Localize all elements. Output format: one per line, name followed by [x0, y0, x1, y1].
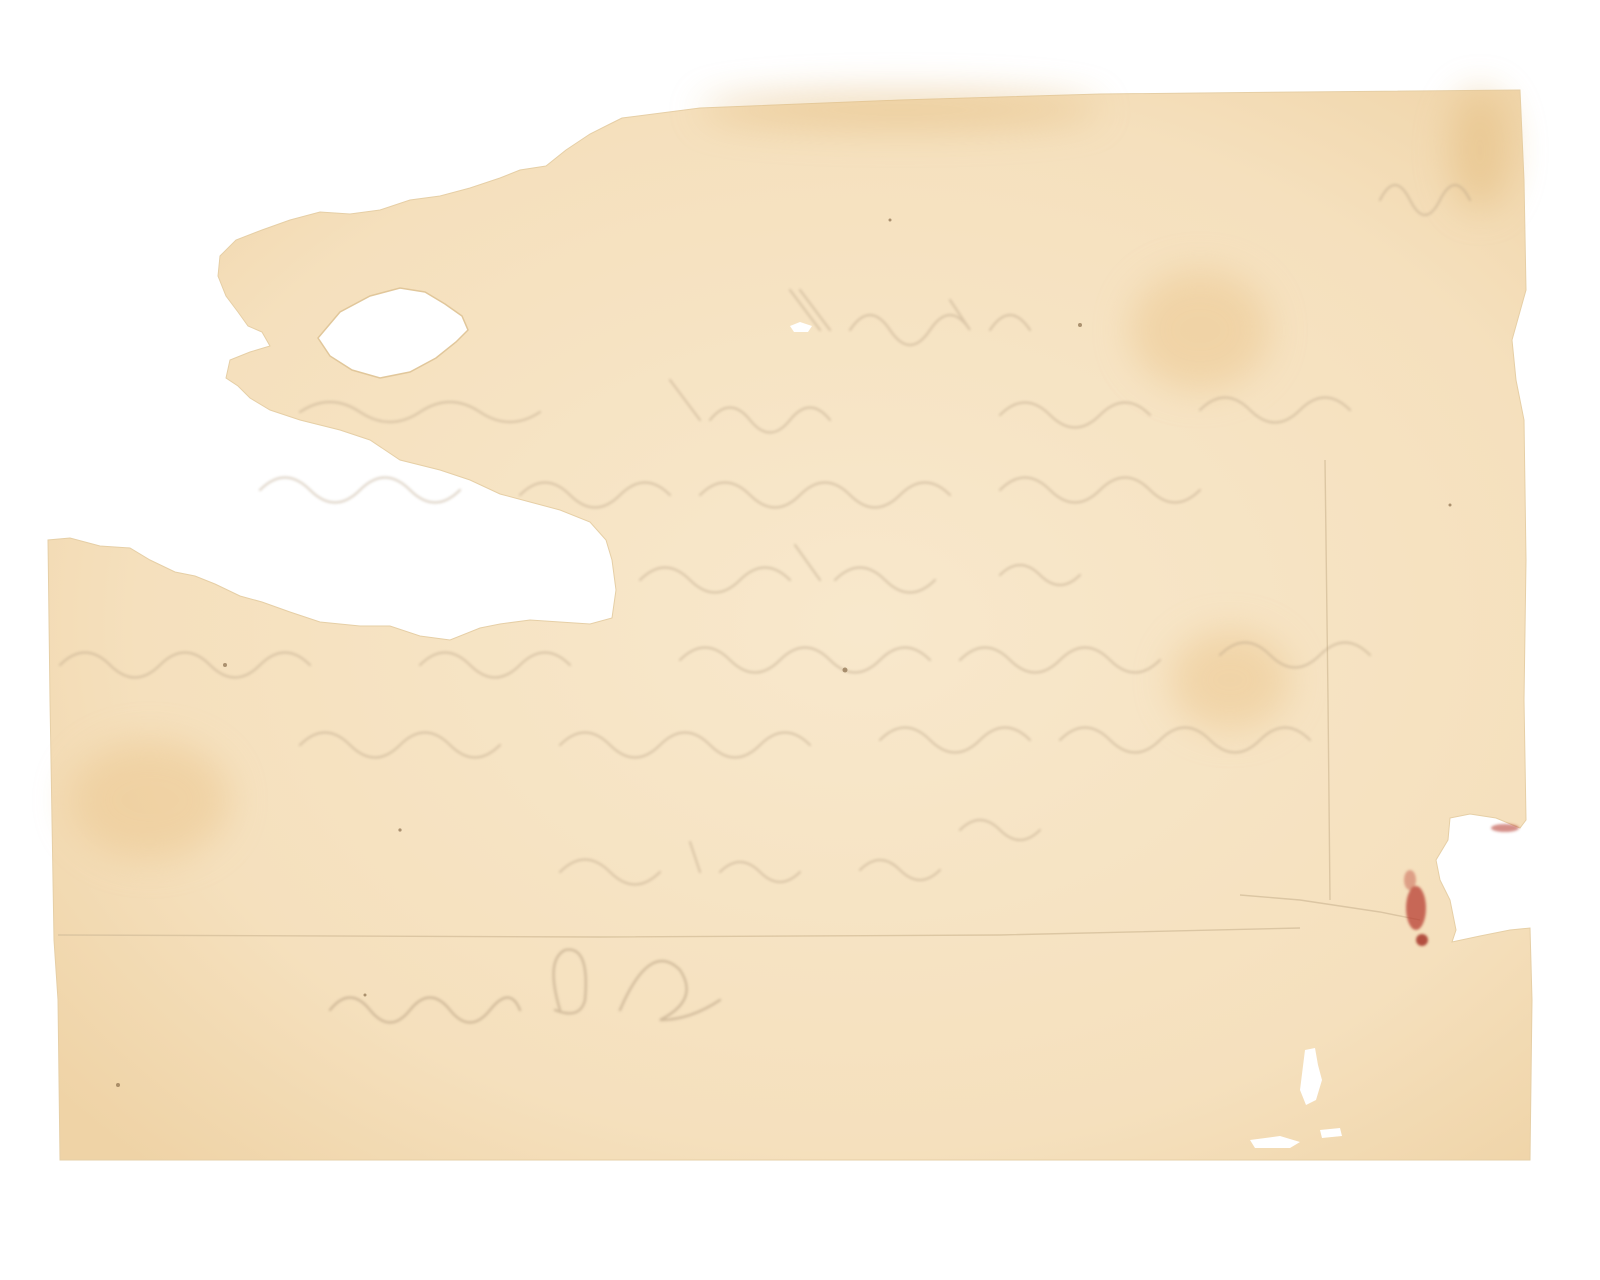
paper-sheet — [48, 90, 1532, 1160]
torn-letter-fragment — [0, 0, 1600, 1280]
